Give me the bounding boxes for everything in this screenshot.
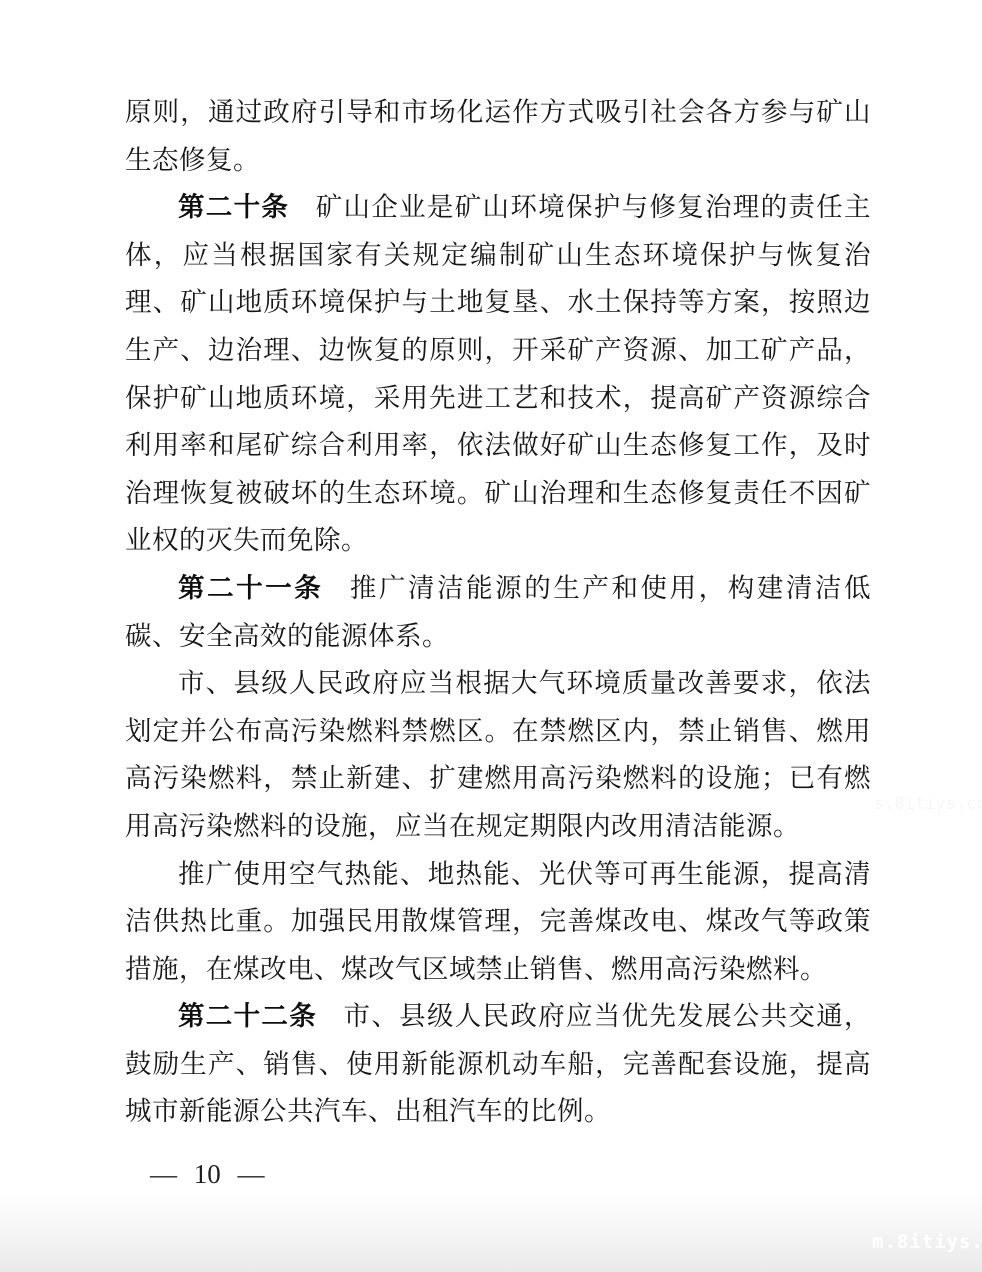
document-page: 原则，通过政府引导和市场化运作方式吸引社会各方参与矿山生态修复。 第二十条矿山企…: [0, 0, 982, 1272]
text-block: 原则，通过政府引导和市场化运作方式吸引社会各方参与矿山生态修复。 第二十条矿山企…: [125, 89, 871, 1136]
watermark-mid-right: s.8itiys.co: [874, 794, 982, 814]
page-number: — 10 —: [150, 1156, 265, 1192]
paragraph-text: 市、县级人民政府应当根据大气环境质量改善要求，依法划定并公布高污染燃料禁燃区。在…: [125, 668, 871, 841]
article-number: 第二十二条: [178, 1001, 317, 1031]
article-number: 第二十条: [178, 192, 289, 222]
paragraph: 第二十二条市、县级人民政府应当优先发展公共交通，鼓励生产、销售、使用新能源机动车…: [125, 993, 871, 1136]
watermark-bottom-right: m.8itiys.com: [872, 1231, 982, 1253]
paragraph: 第二十一条推广清洁能源的生产和使用，构建清洁低碳、安全高效的能源体系。: [125, 565, 871, 660]
paragraph: 推广使用空气热能、地热能、光伏等可再生能源，提高清洁供热比重。加强民用散煤管理，…: [125, 851, 871, 994]
paragraph-text: 原则，通过政府引导和市场化运作方式吸引社会各方参与矿山生态修复。: [125, 97, 871, 175]
paragraph: 原则，通过政府引导和市场化运作方式吸引社会各方参与矿山生态修复。: [125, 89, 871, 184]
paragraph: 市、县级人民政府应当根据大气环境质量改善要求，依法划定并公布高污染燃料禁燃区。在…: [125, 660, 871, 850]
paragraph-text: 矿山企业是矿山环境保护与修复治理的责任主体，应当根据国家有关规定编制矿山生态环境…: [125, 192, 871, 555]
article-number: 第二十一条: [178, 573, 323, 603]
paragraph-text: 推广使用空气热能、地热能、光伏等可再生能源，提高清洁供热比重。加强民用散煤管理，…: [125, 859, 871, 984]
paragraph: 第二十条矿山企业是矿山环境保护与修复治理的责任主体，应当根据国家有关规定编制矿山…: [125, 184, 871, 565]
